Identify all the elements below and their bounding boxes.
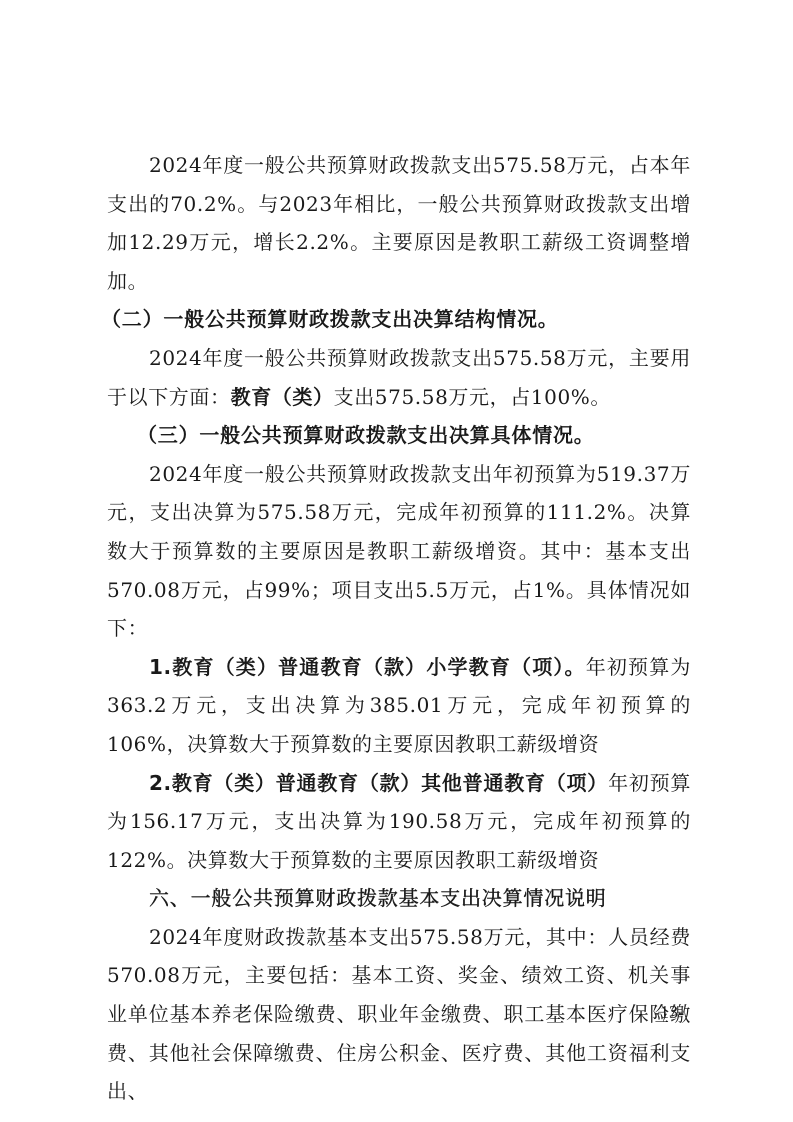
paragraph-total-expenditure: 2024年度一般公共预算财政拨款支出575.58万元，占本年支出的70.2%。与… [107, 146, 691, 300]
page-number: -13- [654, 1002, 684, 1023]
list-item-primary-education-title: 1.教育（类）普通教育（款）小学教育（项）。 [149, 655, 586, 679]
paragraph-basic-expenditure: 2024年度财政拨款基本支出575.58万元，其中：人员经费570.08万元，主… [107, 918, 691, 1111]
document-page: 2024年度一般公共预算财政拨款支出575.58万元，占本年支出的70.2%。与… [107, 146, 691, 1111]
section-heading-basic-expenditure: 六、一般公共预算财政拨款基本支出决算情况说明 [107, 879, 691, 918]
paragraph-structure-value: 支出575.58万元，占100%。 [334, 385, 611, 409]
paragraph-structure: 2024年度一般公共预算财政拨款支出575.58万元，主要用于以下方面：教育（类… [107, 339, 691, 416]
category-education-label: 教育（类） [231, 385, 334, 409]
section-heading-structure: （二）一般公共预算财政拨款支出决算结构情况。 [107, 300, 691, 339]
list-item-other-education-title: 2.教育（类）普通教育（款）其他普通教育（项） [149, 771, 608, 795]
list-item-primary-education: 1.教育（类）普通教育（款）小学教育（项）。年初预算为363.2万元，支出决算为… [107, 648, 691, 764]
list-item-other-education: 2.教育（类）普通教育（款）其他普通教育（项）年初预算为156.17万元，支出决… [107, 764, 691, 880]
section-heading-details: （三）一般公共预算财政拨款支出决算具体情况。 [107, 416, 691, 455]
paragraph-details: 2024年度一般公共预算财政拨款支出年初预算为519.37万元，支出决算为575… [107, 455, 691, 648]
